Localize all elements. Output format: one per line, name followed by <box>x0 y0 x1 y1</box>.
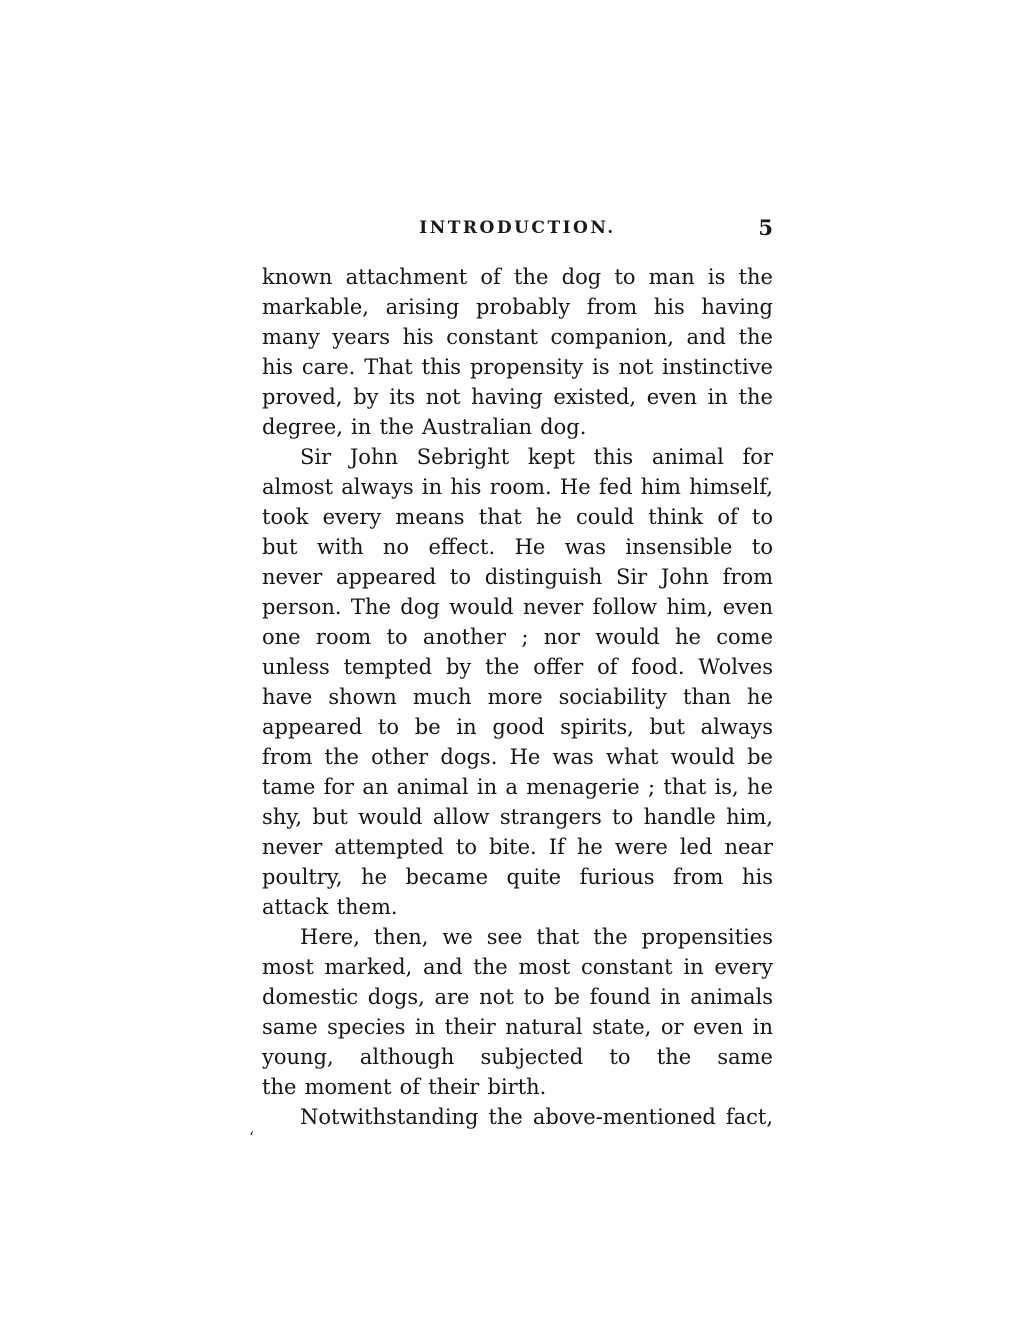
text-line: never appeared to distinguish Sir John f… <box>262 562 773 592</box>
running-head-title: INTRODUCTION. <box>262 218 773 238</box>
text-line: took every means that he could think of … <box>262 502 773 532</box>
page-number: 5 <box>758 215 773 240</box>
text-line: one room to another ; nor would he come … <box>262 622 773 652</box>
text-line: poultry, he became quite furious from hi… <box>262 862 773 892</box>
text-line: markable, arising probably from his havi… <box>262 292 773 322</box>
text-line: unless tempted by the offer of food. Wol… <box>262 652 773 682</box>
text-line: almost always in his room. He fed him hi… <box>262 472 773 502</box>
text-line: from the other dogs. He was what would b… <box>262 742 773 772</box>
text-line: his care. That this propensity is not in… <box>262 352 773 382</box>
text-line: domestic dogs, are not to be found in an… <box>262 982 773 1012</box>
page-header: INTRODUCTION. 5 <box>262 218 773 242</box>
text-line: person. The dog would never follow him, … <box>262 592 773 622</box>
paragraph: Notwithstanding the above-mentioned fact… <box>262 1102 773 1132</box>
paragraph: known attachment of the dog to man is th… <box>262 262 773 442</box>
text-line: same species in their natural state, or … <box>262 1012 773 1042</box>
text-line: shy, but would allow strangers to handle… <box>262 802 773 832</box>
text-line: known attachment of the dog to man is th… <box>262 262 773 292</box>
text-block: known attachment of the dog to man is th… <box>262 262 773 1132</box>
text-line: have shown much more sociability than he… <box>262 682 773 712</box>
text-line: attack them. <box>262 892 773 922</box>
paragraph: Here, then, we see that the propensities… <box>262 922 773 1102</box>
text-line: the moment of their birth. <box>262 1072 773 1102</box>
text-line: proved, by its not having existed, even … <box>262 382 773 412</box>
text-line: most marked, and the most constant in ev… <box>262 952 773 982</box>
text-line: young, although subjected to the same tr… <box>262 1042 773 1072</box>
scan-artifact-mark: ‘ <box>249 1128 254 1147</box>
text-line: degree, in the Australian dog. <box>262 412 773 442</box>
paragraph: Sir John Sebright kept this animal for a… <box>262 442 773 922</box>
text-line: never attempted to bite. If he were led … <box>262 832 773 862</box>
text-line: many years his constant companion, and t… <box>262 322 773 352</box>
text-line: Notwithstanding the above-mentioned fact… <box>262 1102 773 1132</box>
text-line: Here, then, we see that the propensities… <box>262 922 773 952</box>
text-line: Sir John Sebright kept this animal for a… <box>262 442 773 472</box>
text-line: but with no effect. He was insensible to… <box>262 532 773 562</box>
text-line: appeared to be in good spirits, but alwa… <box>262 712 773 742</box>
text-line: tame for an animal in a menagerie ; that… <box>262 772 773 802</box>
book-page: INTRODUCTION. 5 known attachment of the … <box>0 0 1033 1339</box>
